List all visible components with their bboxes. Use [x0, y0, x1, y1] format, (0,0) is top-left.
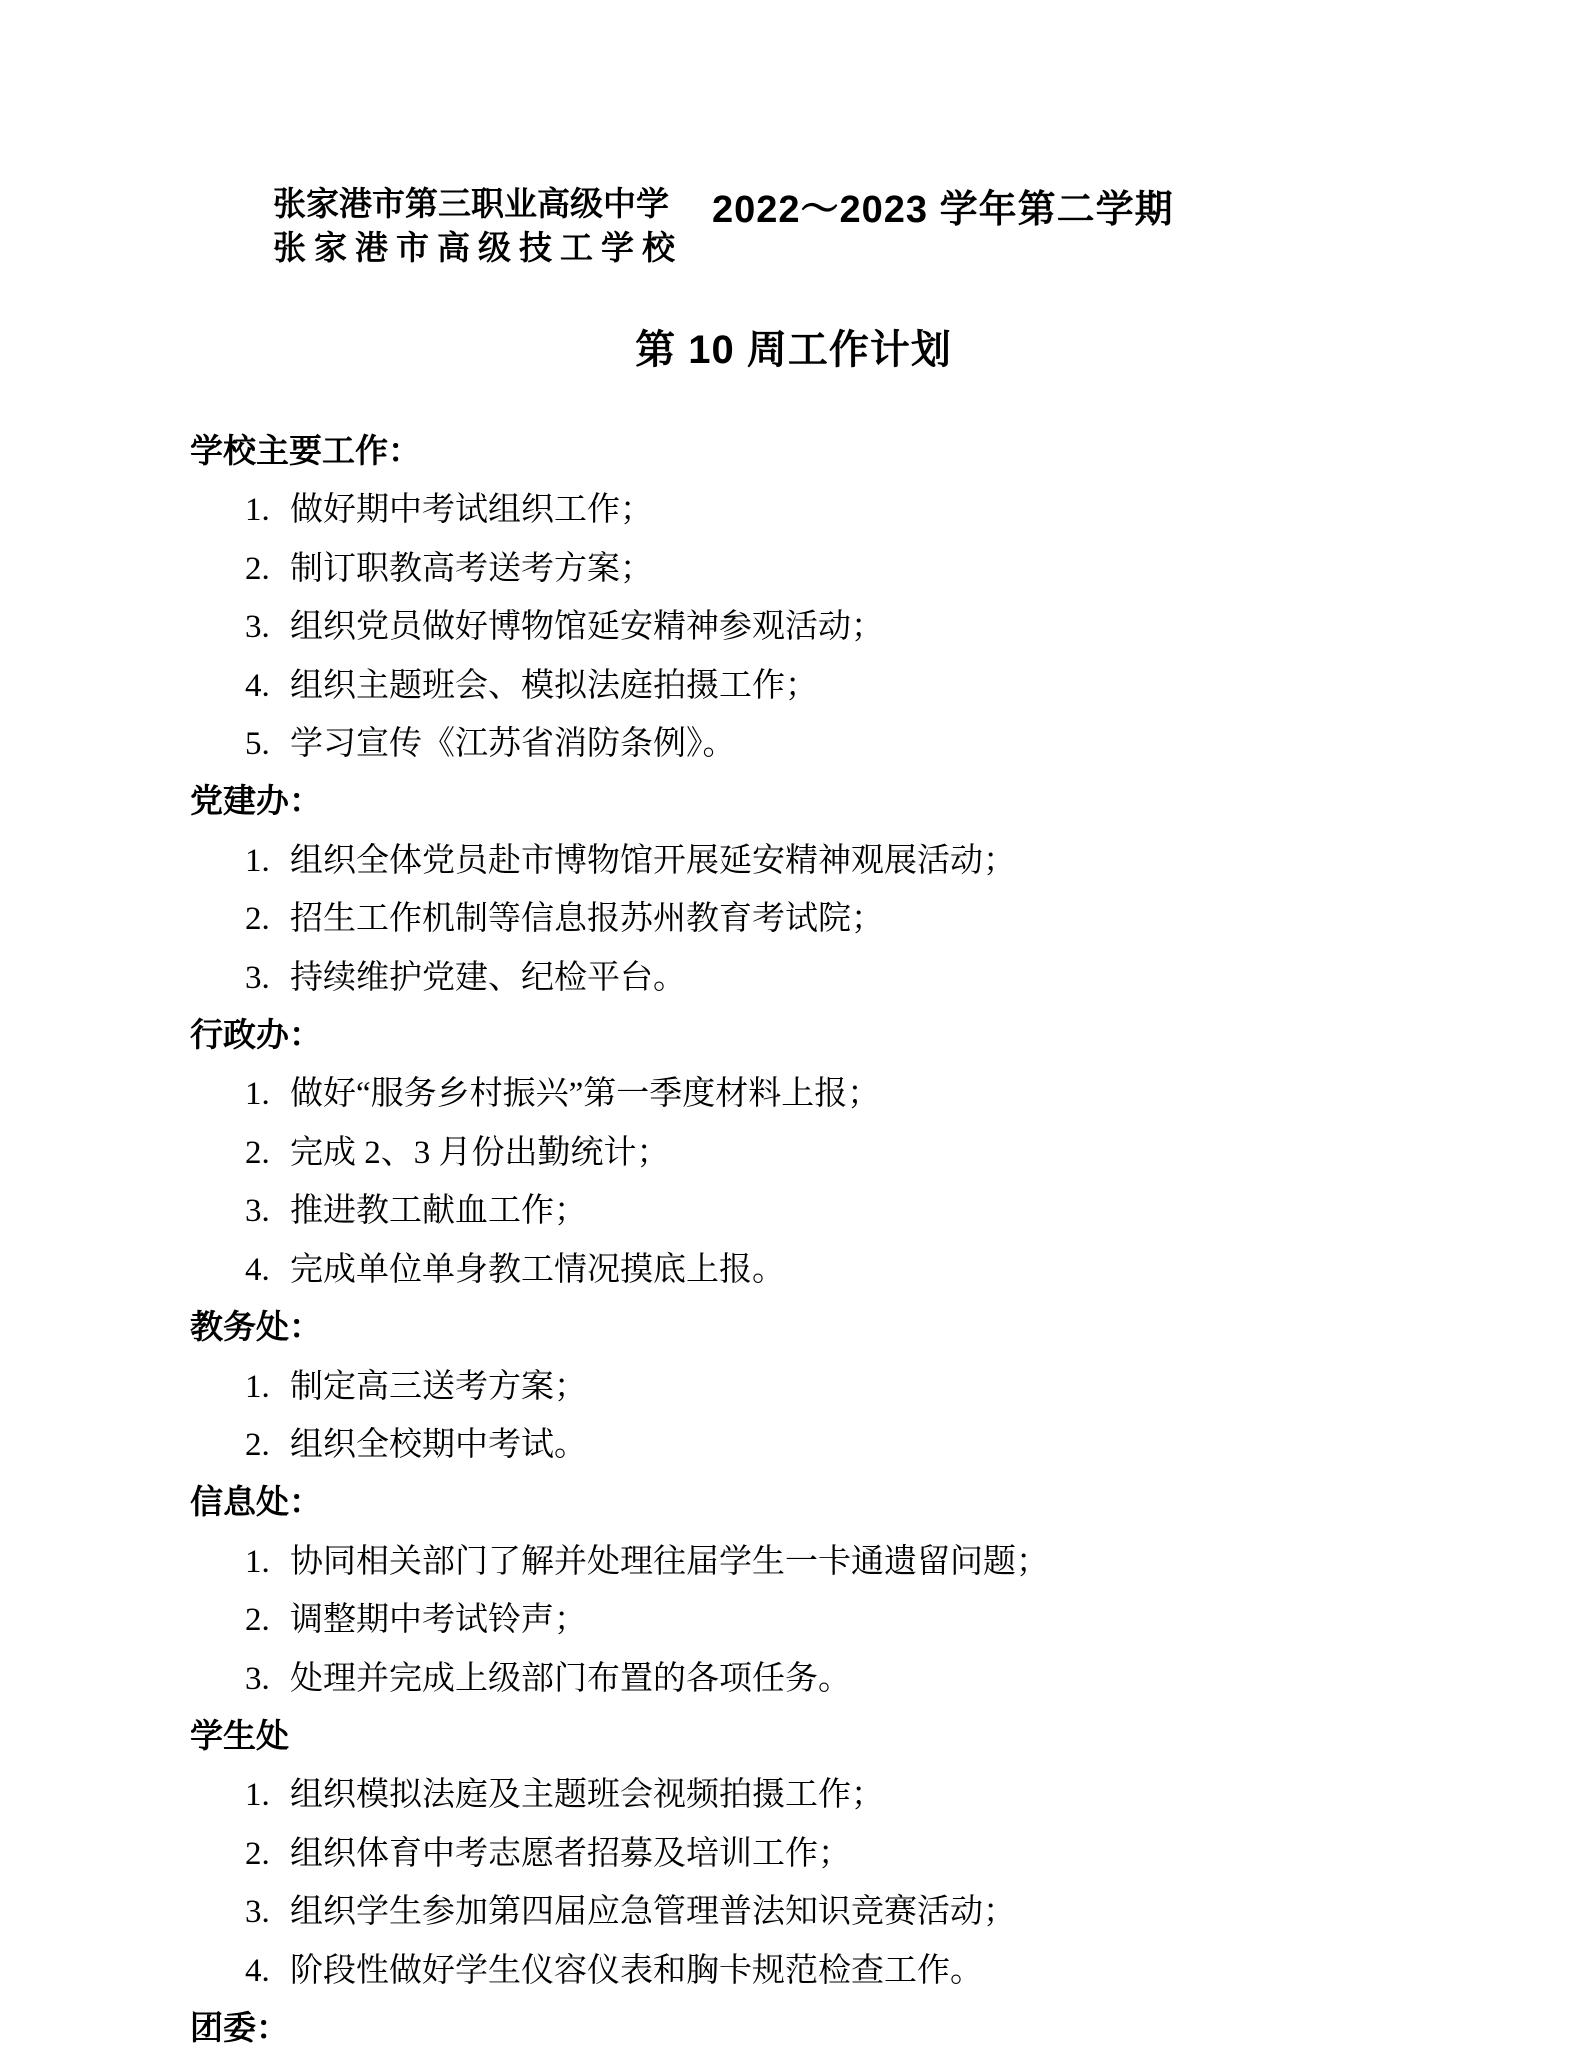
list-item-text: 协同相关部门了解并处理往届学生一卡通遗留问题； [290, 1544, 1049, 1580]
list-item-text: 调整期中考试铃声； [290, 1602, 587, 1638]
list-item-number: 2. [245, 1124, 290, 1182]
list-item-text: 完成单位单身教工情况摸底上报。 [290, 1252, 785, 1288]
list-item-number: 3. [245, 949, 290, 1007]
list-item-number: 3. [245, 1883, 290, 1941]
list-item: 2.组织体育中考志愿者招募及培训工作； [190, 1825, 1507, 1883]
list-item-text: 组织模拟法庭及主题班会视频拍摄工作； [290, 1777, 884, 1813]
list-item-text: 处理并完成上级部门布置的各项任务。 [290, 1661, 851, 1697]
list-item-number: 1. [245, 1065, 290, 1123]
list-item-text: 学习宣传《江苏省消防条例》。 [290, 726, 736, 762]
section-heading: 团委： [190, 2000, 1507, 2057]
list-item-number: 1. [245, 1358, 290, 1416]
section-heading: 学校主要工作： [190, 423, 1507, 481]
document-body: 学校主要工作：1.做好期中考试组织工作；2.制订职教高考送考方案；3.组织党员做… [190, 423, 1507, 2057]
document-page: 张家港市第三职业高级中学 张家港市高级技工学校 2022～2023 学年第二学期… [0, 0, 1587, 2057]
list-item: 4.完成单位单身教工情况摸底上报。 [190, 1241, 1507, 1299]
list-item-text: 组织全体党员赴市博物馆开展延安精神观展活动； [290, 843, 1016, 879]
section-heading: 学生处 [190, 1708, 1507, 1766]
list-item: 3.处理并完成上级部门布置的各项任务。 [190, 1650, 1507, 1708]
section-heading: 党建办： [190, 773, 1507, 831]
list-item-text: 制定高三送考方案； [290, 1369, 587, 1405]
school-name-line1: 张家港市第三职业高级中学 [273, 187, 669, 223]
list-item-number: 1. [245, 1533, 290, 1591]
list-item: 4.阶段性做好学生仪容仪表和胸卡规范检查工作。 [190, 1942, 1507, 2000]
list-item-text: 阶段性做好学生仪容仪表和胸卡规范检查工作。 [290, 1953, 983, 1989]
list-item-number: 2. [245, 1825, 290, 1883]
list-item: 3.组织学生参加第四届应急管理普法知识竞赛活动； [190, 1883, 1507, 1941]
list-item-text: 持续维护党建、纪检平台。 [290, 960, 686, 996]
list-item: 1.做好“服务乡村振兴”第一季度材料上报； [190, 1065, 1507, 1123]
list-item-text: 完成 2、3 月份出勤统计； [290, 1135, 670, 1171]
list-item-text: 做好“服务乡村振兴”第一季度材料上报； [290, 1076, 880, 1112]
list-item-number: 4. [245, 1942, 290, 2000]
list-item-text: 招生工作机制等信息报苏州教育考试院； [290, 901, 884, 937]
list-item-number: 1. [245, 832, 290, 890]
list-item: 3.推进教工献血工作； [190, 1182, 1507, 1240]
list-item: 2.调整期中考试铃声； [190, 1591, 1507, 1649]
list-item: 2.招生工作机制等信息报苏州教育考试院； [190, 890, 1507, 948]
list-item: 2.完成 2、3 月份出勤统计； [190, 1124, 1507, 1182]
list-item: 1.制定高三送考方案； [190, 1358, 1507, 1416]
list-item-number: 1. [245, 481, 290, 539]
list-item: 2.组织全校期中考试。 [190, 1416, 1507, 1474]
section-heading: 教务处： [190, 1299, 1507, 1357]
school-name-line2: 张家港市高级技工学校 [273, 227, 675, 271]
list-item-number: 2. [245, 890, 290, 948]
list-item-text: 组织主题班会、模拟法庭拍摄工作； [290, 668, 818, 704]
list-item-number: 2. [245, 1416, 290, 1474]
list-item-number: 3. [245, 1650, 290, 1708]
list-item-number: 3. [245, 598, 290, 656]
list-item-number: 3. [245, 1182, 290, 1240]
list-item: 4.组织主题班会、模拟法庭拍摄工作； [190, 657, 1507, 715]
list-item: 5.学习宣传《江苏省消防条例》。 [190, 715, 1507, 773]
list-item: 1.组织模拟法庭及主题班会视频拍摄工作； [190, 1766, 1507, 1824]
list-item: 1.协同相关部门了解并处理往届学生一卡通遗留问题； [190, 1533, 1507, 1591]
section-heading: 信息处： [190, 1474, 1507, 1532]
section-heading: 行政办： [190, 1007, 1507, 1065]
list-item: 3.组织党员做好博物馆延安精神参观活动； [190, 598, 1507, 656]
list-item-text: 组织全校期中考试。 [290, 1427, 587, 1463]
list-item-number: 4. [245, 657, 290, 715]
list-item-text: 组织体育中考志愿者招募及培训工作； [290, 1836, 851, 1872]
list-item: 2.制订职教高考送考方案； [190, 540, 1507, 598]
page-title: 第 10 周工作计划 [0, 325, 1587, 375]
list-item: 1.做好期中考试组织工作； [190, 481, 1507, 539]
list-item-text: 组织学生参加第四届应急管理普法知识竞赛活动； [290, 1894, 1016, 1930]
list-item: 1.组织全体党员赴市博物馆开展延安精神观展活动； [190, 832, 1507, 890]
list-item-number: 2. [245, 540, 290, 598]
list-item-number: 2. [245, 1591, 290, 1649]
list-item-text: 推进教工献血工作； [290, 1193, 587, 1229]
list-item-number: 1. [245, 1766, 290, 1824]
list-item-text: 做好期中考试组织工作； [290, 492, 653, 528]
list-item: 3.持续维护党建、纪检平台。 [190, 949, 1507, 1007]
list-item-text: 制订职教高考送考方案； [290, 551, 653, 587]
list-item-number: 4. [245, 1241, 290, 1299]
school-names: 张家港市第三职业高级中学 张家港市高级技工学校 [273, 183, 675, 271]
semester-label: 2022～2023 学年第二学期 [712, 187, 1174, 233]
list-item-text: 组织党员做好博物馆延安精神参观活动； [290, 609, 884, 645]
list-item-number: 5. [245, 715, 290, 773]
